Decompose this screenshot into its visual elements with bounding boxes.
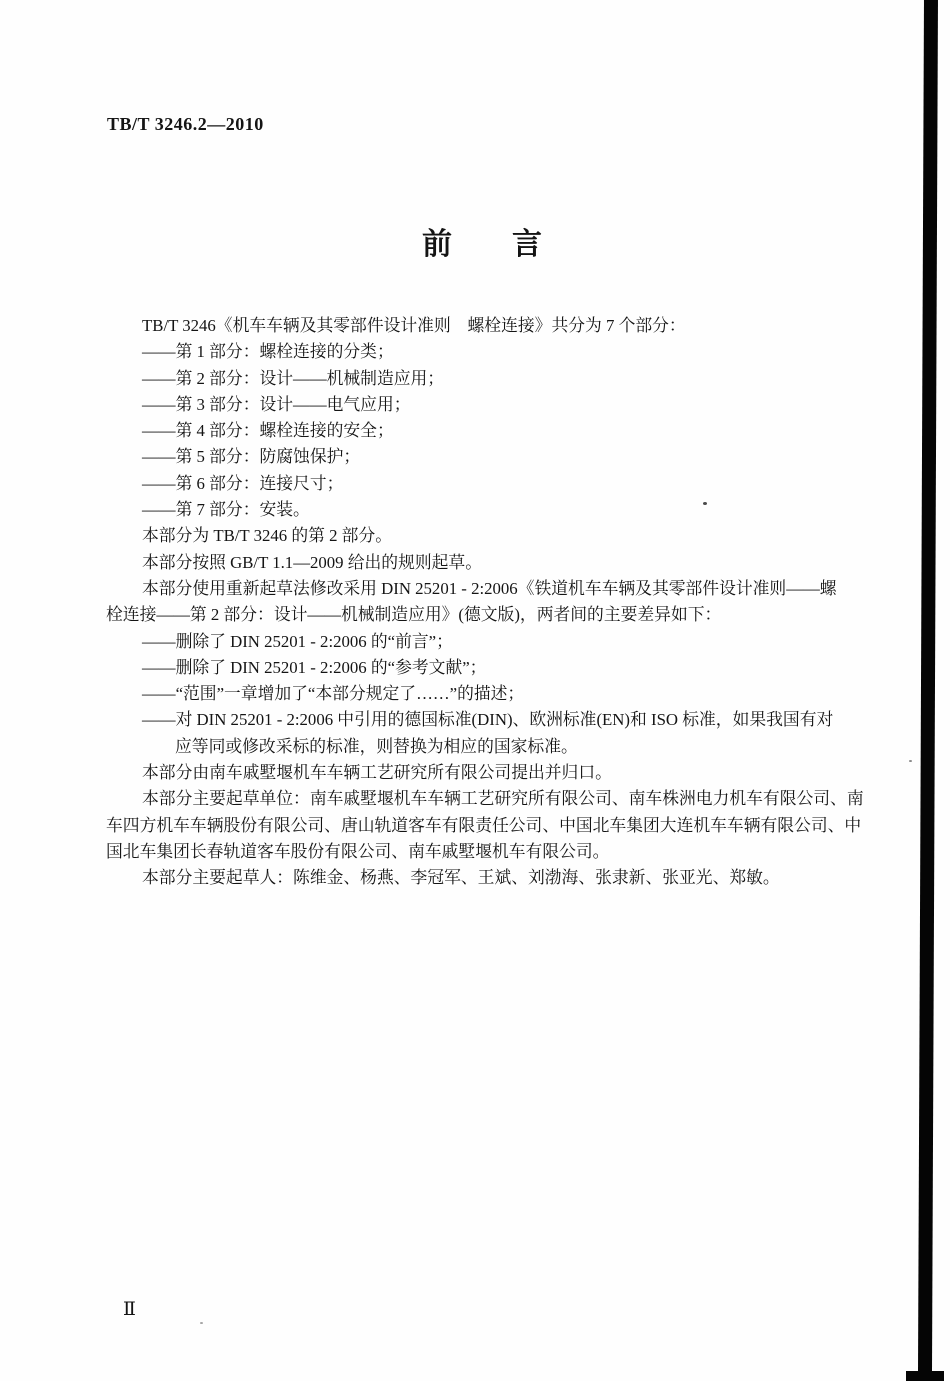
foreword-body: TB/T 3246《机车车辆及其零部件设计准则 螺栓连接》共分为 7 个部分： … bbox=[106, 313, 858, 892]
body-line: 应等同或修改采标的标准，则替换为相应的国家标准。 bbox=[106, 734, 858, 760]
body-line: ——删除了 DIN 25201 - 2:2006 的“参考文献”； bbox=[106, 655, 858, 681]
body-line: ——第 7 部分：安装。 bbox=[106, 497, 858, 523]
body-line: 本部分为 TB/T 3246 的第 2 部分。 bbox=[106, 523, 858, 549]
scan-edge-artifact bbox=[918, 0, 938, 1381]
body-line: 国北车集团长春轨道客车股份有限公司、南车戚墅堰机车有限公司。 bbox=[106, 839, 858, 865]
body-line: 本部分使用重新起草法修改采用 DIN 25201 - 2:2006《铁道机车车辆… bbox=[106, 576, 858, 602]
scan-speck bbox=[909, 760, 912, 762]
body-line: 本部分主要起草单位：南车戚墅堰机车车辆工艺研究所有限公司、南车株洲电力机车有限公… bbox=[106, 786, 858, 812]
body-line: 本部分主要起草人：陈维金、杨燕、李冠军、王斌、刘渤海、张隶新、张亚光、郑敏。 bbox=[106, 865, 858, 891]
body-line: TB/T 3246《机车车辆及其零部件设计准则 螺栓连接》共分为 7 个部分： bbox=[106, 313, 858, 339]
body-line: ——删除了 DIN 25201 - 2:2006 的“前言”； bbox=[106, 629, 858, 655]
body-line: ——第 1 部分：螺栓连接的分类； bbox=[106, 339, 858, 365]
body-line: 车四方机车车辆股份有限公司、唐山轨道客车有限责任公司、中国北车集团大连机车车辆有… bbox=[106, 813, 858, 839]
page-number: Ⅱ bbox=[123, 1298, 136, 1321]
body-line: ——第 2 部分：设计——机械制造应用； bbox=[106, 366, 858, 392]
scan-speck bbox=[200, 1322, 203, 1324]
body-line: 栓连接——第 2 部分：设计——机械制造应用》(德文版)，两者间的主要差异如下： bbox=[106, 602, 858, 628]
standard-number: TB/T 3246.2—2010 bbox=[107, 114, 264, 135]
body-line: ——第 6 部分：连接尺寸； bbox=[106, 471, 858, 497]
body-line: 本部分由南车戚墅堰机车车辆工艺研究所有限公司提出并归口。 bbox=[106, 760, 858, 786]
document-page: TB/T 3246.2—2010 前 言 TB/T 3246《机车车辆及其零部件… bbox=[0, 0, 950, 1381]
scan-speck bbox=[703, 502, 707, 505]
body-line: ——对 DIN 25201 - 2:2006 中引用的德国标准(DIN)、欧洲标… bbox=[106, 707, 858, 733]
body-line: ——第 5 部分：防腐蚀保护； bbox=[106, 444, 858, 470]
body-line: 本部分按照 GB/T 1.1—2009 给出的规则起草。 bbox=[106, 550, 858, 576]
body-line: ——“范围”一章增加了“本部分规定了……”的描述； bbox=[106, 681, 858, 707]
scan-corner-artifact bbox=[906, 1371, 944, 1381]
body-line: ——第 3 部分：设计——电气应用； bbox=[106, 392, 858, 418]
body-line: ——第 4 部分：螺栓连接的安全； bbox=[106, 418, 858, 444]
page-title: 前 言 bbox=[106, 219, 858, 263]
